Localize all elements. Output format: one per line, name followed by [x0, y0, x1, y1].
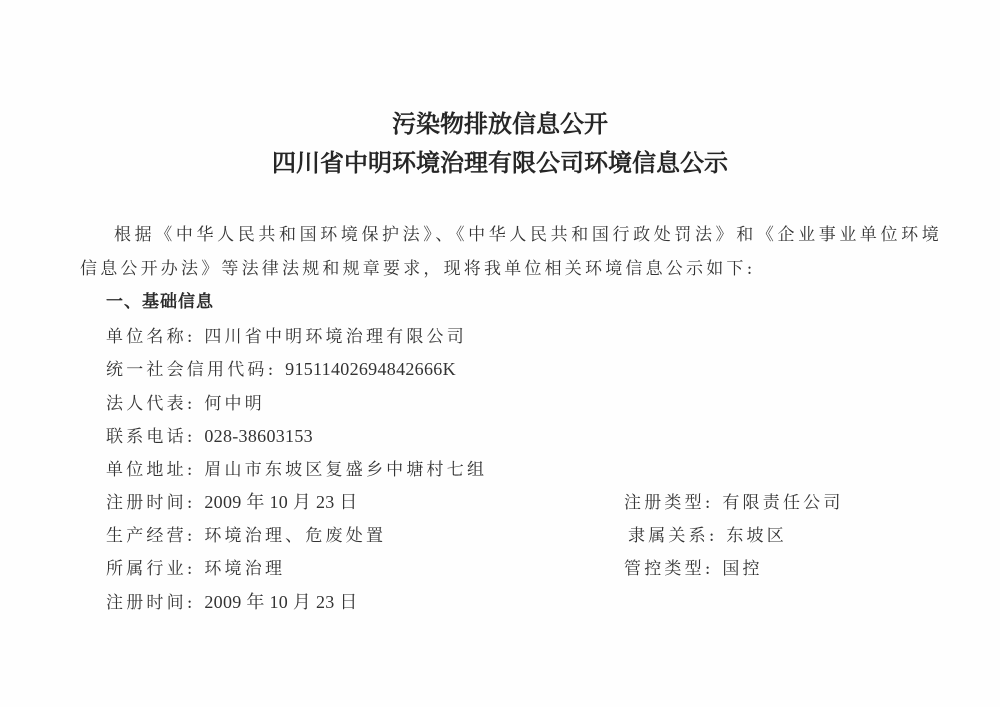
field-value: 91511402694842666K	[285, 359, 456, 379]
field-value: 何中明	[204, 394, 265, 414]
field-label: 注册时间:	[106, 493, 196, 513]
field-label: 单位名称:	[106, 327, 196, 347]
field-registration-type: 注册类型: 有限责任公司	[624, 488, 844, 513]
field-credit-code: 统一社会信用代码: 91511402694842666K	[106, 355, 456, 380]
field-unit-name: 单位名称: 四川省中明环境治理有限公司	[106, 322, 467, 347]
document-subtitle: 四川省中明环境治理有限公司环境信息公示	[0, 143, 1000, 178]
field-business: 生产经营: 环境治理、危废处置	[106, 521, 386, 546]
field-registration-time-2: 注册时间: 2009 年 10 月 23 日	[106, 588, 358, 614]
field-label: 生产经营:	[106, 526, 196, 546]
field-control-type: 管控类型: 国控	[624, 554, 763, 579]
field-label: 法人代表:	[106, 394, 196, 414]
field-value: 环境治理、危废处置	[204, 526, 386, 546]
field-affiliation: 隶属关系: 东坡区	[628, 521, 787, 546]
field-label: 隶属关系:	[628, 526, 718, 546]
field-value: 有限责任公司	[722, 493, 843, 513]
field-phone: 联系电话: 028-38603153	[106, 422, 313, 447]
field-value: 四川省中明环境治理有限公司	[204, 327, 467, 347]
field-value: 2009 年 10 月 23 日	[204, 492, 357, 512]
document-page: 污染物排放信息公开 四川省中明环境治理有限公司环境信息公示 根据《中华人民共和国…	[0, 0, 1000, 707]
field-registration-time: 注册时间: 2009 年 10 月 23 日	[106, 488, 358, 514]
field-address: 单位地址: 眉山市东坡区复盛乡中塘村七组	[106, 455, 487, 480]
field-label: 统一社会信用代码:	[106, 360, 277, 380]
field-legal-representative: 法人代表: 何中明	[106, 389, 265, 414]
intro-paragraph: 根据《中华人民共和国环境保护法》、《中华人民共和国行政处罚法》和《企业事业单位环…	[80, 218, 942, 286]
field-label: 单位地址:	[106, 460, 196, 480]
field-industry: 所属行业: 环境治理	[106, 554, 285, 579]
field-label: 注册时间:	[106, 593, 196, 613]
field-label: 所属行业:	[106, 559, 196, 579]
field-value: 028-38603153	[204, 426, 313, 446]
field-label: 联系电话:	[106, 427, 196, 447]
field-label: 注册类型:	[624, 493, 714, 513]
field-value: 国控	[722, 559, 762, 579]
field-value: 2009 年 10 月 23 日	[204, 592, 357, 612]
field-value: 眉山市东坡区复盛乡中塘村七组	[204, 460, 487, 480]
field-value: 东坡区	[726, 526, 787, 546]
section-heading-basic-info: 一、基础信息	[106, 287, 214, 312]
document-title: 污染物排放信息公开	[0, 104, 1000, 139]
field-label: 管控类型:	[624, 559, 714, 579]
field-value: 环境治理	[204, 559, 285, 579]
